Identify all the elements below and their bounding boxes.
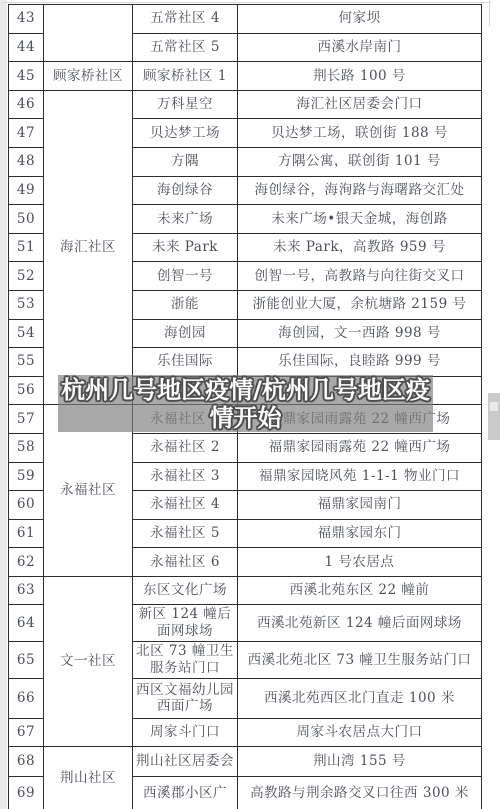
site-name-cell: 贝达梦工场 [133, 119, 238, 148]
row-number-cell: 52 [9, 262, 44, 291]
site-name-cell: 未来 Park [133, 233, 238, 262]
site-name-cell: 永福社区 4 [133, 491, 238, 520]
table-row: 63文一社区东区文化广场西溪北苑东区 22 幢前 [9, 576, 482, 605]
site-address-cell: 浙能创业大厦，余杭塘路 2159 号 [238, 290, 482, 319]
scrollbar-thumb[interactable] [490, 402, 498, 411]
site-name-cell: 东区文化广场 [133, 576, 238, 605]
site-address-cell: 福鼎家园南门 [238, 491, 482, 520]
site-address-cell: 福鼎家园雨露苑 22 幢西广场 [238, 433, 482, 462]
row-number-cell: 63 [9, 576, 44, 605]
site-name-cell: 顾家桥社区 1 [133, 62, 238, 91]
row-number-cell: 50 [9, 205, 44, 234]
row-number-cell: 61 [9, 519, 44, 548]
site-name-cell: 西区文福幼儿园西面广场 [133, 678, 238, 718]
site-address-cell: 海创园，文一西路 998 号 [238, 319, 482, 348]
watermark-line-1: 杭州几号地区疫情/杭州几号地区疫 [61, 376, 430, 404]
row-number-cell: 68 [9, 746, 44, 776]
row-number-cell: 46 [9, 90, 44, 119]
scrollbar[interactable] [488, 393, 500, 440]
site-name-cell: 创智一号 [133, 262, 238, 291]
row-number-cell: 57 [9, 405, 44, 434]
page-top-edge [2, 2, 491, 3]
site-name-cell: 永福社区 5 [133, 519, 238, 548]
site-name-cell: 西溪郡小区广 [133, 776, 238, 809]
site-address-cell: 海汇社区居委会门口 [238, 90, 482, 119]
row-number-cell: 59 [9, 462, 44, 491]
site-address-cell: 1 号农居点 [238, 548, 482, 577]
site-address-cell: 方隅公寓，联创街 101 号 [238, 147, 482, 176]
page: 43五常社区 4何家坝44五常社区 5西溪水岸南门45顾家桥社区顾家桥社区 1荆… [0, 0, 500, 809]
site-address-cell: 何家坝 [238, 5, 482, 34]
site-address-cell: 未来广场•银天金城，海创路 [238, 205, 482, 234]
row-number-cell: 43 [9, 5, 44, 34]
site-name-cell: 周家斗门口 [133, 718, 238, 746]
page-right-edge [489, 0, 490, 26]
row-number-cell: 62 [9, 548, 44, 577]
site-name-cell: 乐佳国际 [133, 348, 238, 377]
site-address-cell: 西溪水岸南门 [238, 33, 482, 62]
site-name-cell: 浙能 [133, 290, 238, 319]
site-address-cell: 西溪北苑东区 22 幢前 [238, 576, 482, 605]
community-cell: 海汇社区 [44, 90, 133, 405]
community-cell: 文一社区 [44, 576, 133, 746]
row-number-cell: 48 [9, 147, 44, 176]
site-address-cell: 福鼎家园东门 [238, 519, 482, 548]
site-name-cell: 荆山社区居委会 [133, 746, 238, 776]
site-name-cell: 海创园 [133, 319, 238, 348]
site-name-cell: 五常社区 5 [133, 33, 238, 62]
site-address-cell: 荆山湾 155 号 [238, 746, 482, 776]
table-row: 45顾家桥社区顾家桥社区 1荆长路 100 号 [9, 62, 482, 91]
table-row: 43五常社区 4何家坝 [9, 5, 482, 34]
community-cell [44, 5, 133, 62]
site-address-cell: 贝达梦工场，联创街 188 号 [238, 119, 482, 148]
site-address-cell: 西溪北苑西区北门直走 100 米 [238, 678, 482, 718]
site-address-cell: 荆长路 100 号 [238, 62, 482, 91]
table-row: 68荆山社区荆山社区居委会荆山湾 155 号 [9, 746, 482, 776]
row-number-cell: 66 [9, 678, 44, 718]
site-address-cell: 海创绿谷，海洵路与海曙路交汇处 [238, 176, 482, 205]
row-number-cell: 53 [9, 290, 44, 319]
page-left-margin [0, 0, 7, 809]
row-number-cell: 67 [9, 718, 44, 746]
row-number-cell: 51 [9, 233, 44, 262]
site-address-cell: 福鼎家园晓风苑 1-1-1 物业门口 [238, 462, 482, 491]
row-number-cell: 45 [9, 62, 44, 91]
community-cell: 顾家桥社区 [44, 62, 133, 91]
community-cell: 荆山社区 [44, 746, 133, 809]
site-name-cell: 五常社区 4 [133, 5, 238, 34]
site-name-cell: 方隅 [133, 147, 238, 176]
watermark-line-2: 情开始 [209, 404, 281, 432]
watermark-overlay: 杭州几号地区疫情/杭州几号地区疫 情开始 [58, 375, 433, 432]
site-name-cell: 永福社区 3 [133, 462, 238, 491]
site-address-cell: 周家斗农居点大门口 [238, 718, 482, 746]
site-name-cell: 新区 124 幢后面网球场 [133, 605, 238, 642]
row-number-cell: 69 [9, 776, 44, 809]
site-address-cell: 未来 Park，高教路 959 号 [238, 233, 482, 262]
row-number-cell: 47 [9, 119, 44, 148]
row-number-cell: 64 [9, 605, 44, 642]
watermark-title: 杭州几号地区疫情/杭州几号地区疫 情开始 [61, 376, 430, 432]
site-name-cell: 永福社区 2 [133, 433, 238, 462]
row-number-cell: 44 [9, 33, 44, 62]
site-address-cell: 高教路与荆余路交叉口往西 300 米 [238, 776, 482, 809]
site-address-cell: 乐佳国际，良睦路 999 号 [238, 348, 482, 377]
table-row: 46海汇社区万科星空海汇社区居委会门口 [9, 90, 482, 119]
site-address-cell: 创智一号，高教路与向往街交叉口 [238, 262, 482, 291]
site-name-cell: 未来广场 [133, 205, 238, 234]
row-number-cell: 56 [9, 376, 44, 405]
row-number-cell: 65 [9, 642, 44, 679]
site-name-cell: 海创绿谷 [133, 176, 238, 205]
site-name-cell: 万科星空 [133, 90, 238, 119]
row-number-cell: 58 [9, 433, 44, 462]
row-number-cell: 55 [9, 348, 44, 377]
site-address-cell: 西溪北苑新区 124 幢后面网球场 [238, 605, 482, 642]
site-name-cell: 永福社区 6 [133, 548, 238, 577]
row-number-cell: 49 [9, 176, 44, 205]
site-address-cell: 西溪北苑北区 73 幢卫生服务站门口 [238, 642, 482, 679]
row-number-cell: 60 [9, 491, 44, 520]
site-name-cell: 北区 73 幢卫生服务站门口 [133, 642, 238, 679]
row-number-cell: 54 [9, 319, 44, 348]
